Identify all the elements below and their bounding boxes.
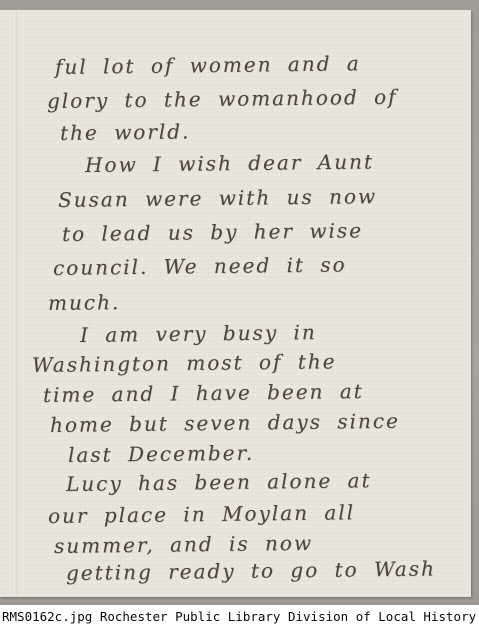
letter-page: ful lot of women and a glory to the woma… xyxy=(0,10,471,597)
caption-text: RMS0162c.jpg Rochester Public Library Di… xyxy=(0,609,476,624)
handwriting-line: council. We need it so xyxy=(53,251,347,281)
handwriting-line: much. xyxy=(48,289,121,316)
photo-area: — i' — – — ful lot of women and a glory … xyxy=(0,0,479,605)
scanned-letter-viewer: — i' — – — ful lot of women and a glory … xyxy=(0,0,479,627)
handwriting-line: Washington most of the xyxy=(32,348,337,378)
handwriting-line: summer, and is now xyxy=(54,530,313,559)
handwriting-line: I am very busy in xyxy=(80,319,317,348)
handwriting-line: the world. xyxy=(60,118,191,146)
handwriting-line: home but seven days since xyxy=(50,408,400,438)
page-fold-crease xyxy=(14,10,18,597)
handwriting-line: glory to the womanhood of xyxy=(47,84,398,114)
handwriting-line: Susan were with us now xyxy=(58,183,377,213)
caption-bar: RMS0162c.jpg Rochester Public Library Di… xyxy=(0,605,479,627)
handwriting-line: Lucy has been alone at xyxy=(66,467,372,497)
handwriting-line: getting ready to go to Wash xyxy=(66,555,436,586)
handwriting-line: time and I have been at xyxy=(43,378,364,408)
handwriting-line: our place in Moylan all xyxy=(48,499,355,529)
handwriting-line: ful lot of women and a xyxy=(55,50,361,80)
handwriting-line: to lead us by her wise xyxy=(62,217,363,247)
handwriting-line: How I wish dear Aunt xyxy=(85,148,374,178)
handwriting-line: last December. xyxy=(68,440,255,468)
